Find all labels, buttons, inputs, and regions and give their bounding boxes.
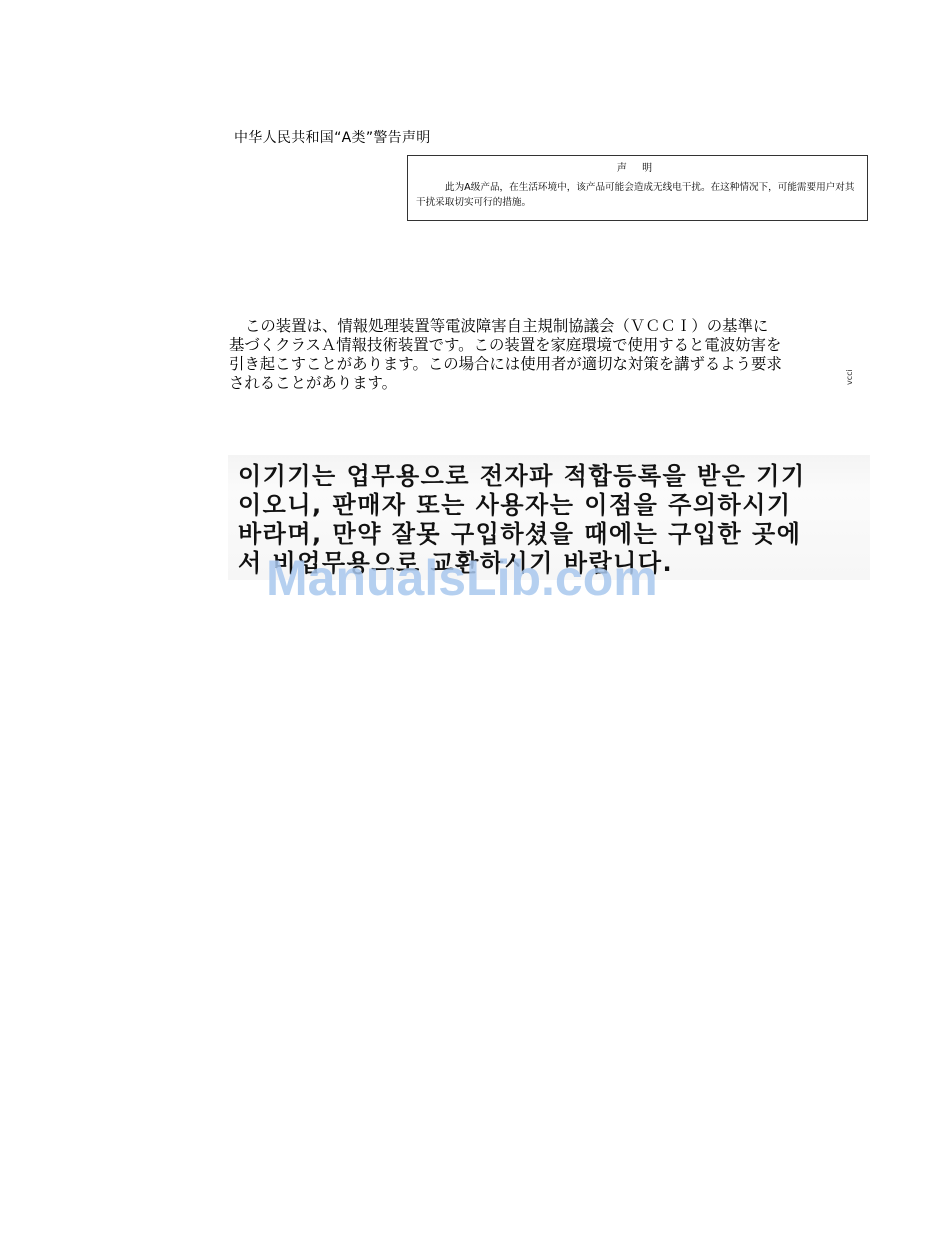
vcci-line: 引き起こすことがあります。この場合には使用者が適切な対策を講ずるよう要求 [229, 355, 849, 374]
korea-line: 바라며, 만약 잘못 구입하셨을 때에는 구입한 곳에 [238, 520, 868, 549]
china-class-a-warning-title: 中华人民共和国“A类”警告声明 [234, 129, 431, 147]
vcci-line: されることがあります。 [229, 374, 849, 393]
japan-vcci-statement: この装置は、情報処理装置等電波障害自主規制協議会（ＶＣＣＩ）の基準に 基づくクラ… [229, 317, 849, 393]
china-statement-box: 声 明 此为A级产品，在生活环境中，该产品可能会造成无线电干扰。在这种情况下，可… [407, 155, 868, 221]
korea-line: 이기기는 업무용으로 전자파 적합등록을 받은 기기 [238, 462, 868, 491]
vcci-line: この装置は、情報処理装置等電波障害自主規制協議会（ＶＣＣＩ）の基準に [229, 317, 849, 336]
manualslib-watermark: ManualsLib.com [266, 550, 658, 606]
china-statement-heading: 声 明 [416, 162, 859, 176]
vcci-line: 基づくクラスＡ情報技術装置です。この装置を家庭環境で使用すると電波妨害を [229, 336, 849, 355]
china-statement-body: 此为A级产品，在生活环境中，该产品可能会造成无线电干扰。在这种情况下，可能需要用… [416, 180, 859, 210]
vcci-side-label: vcci [845, 369, 854, 385]
korea-line: 이오니, 판매자 또는 사용자는 이점을 주의하시기 [238, 491, 868, 520]
